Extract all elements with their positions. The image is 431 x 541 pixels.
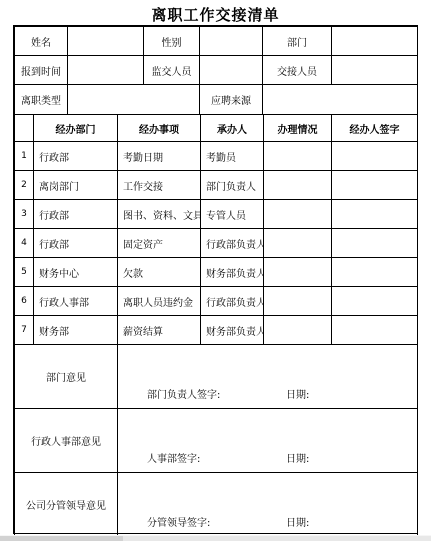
row-signature-cell[interactable] (332, 171, 418, 200)
report-time-label: 报到时间 (15, 56, 68, 85)
row-signature-cell[interactable] (332, 142, 418, 171)
scrollbar-thumb[interactable] (0, 536, 123, 541)
row-status-cell[interactable] (264, 316, 332, 345)
opinion-table: 部门意见 部门负责人签字: 日期: 行政人事部意见 人事部签字: 日期: 公司分… (14, 344, 418, 537)
row-status-cell[interactable] (264, 142, 332, 171)
gender-value-cell[interactable] (200, 27, 263, 56)
handover-person-label: 交接人员 (263, 56, 332, 85)
row-no: 3 (15, 200, 34, 229)
row-dept: 行政部 (34, 142, 118, 171)
row-item: 图书、资料、文具 (118, 200, 201, 229)
table-row: 3 行政部 图书、资料、文具 专管人员 (15, 200, 418, 229)
recruit-source-value-cell[interactable] (263, 85, 418, 115)
row-no: 2 (15, 171, 34, 200)
dept-head-sign-label: 部门负责人签字: (147, 386, 220, 401)
row-dept: 行政部 (34, 229, 118, 258)
department-label: 部门 (263, 27, 332, 56)
row-undertaker: 财务部负责人 (201, 316, 264, 345)
table-row: 4 行政部 固定资产 行政部负责人 (15, 229, 418, 258)
table-row: 2 离岗部门 工作交接 部门负责人 (15, 171, 418, 200)
dept-opinion-label: 部门意见 (15, 345, 118, 409)
opinion-row: 行政人事部意见 人事部签字: 日期: (15, 409, 418, 473)
row-item: 固定资产 (118, 229, 201, 258)
table-row: 5 财务中心 欠款 财务部负责人 (15, 258, 418, 287)
row-no: 6 (15, 287, 34, 316)
row-signature-cell[interactable] (332, 229, 418, 258)
opinion-row: 公司分管领导意见 分管领导签字: 日期: (15, 473, 418, 537)
header-status: 办理情况 (264, 115, 332, 142)
row-undertaker: 考勤员 (201, 142, 264, 171)
row-status-cell[interactable] (264, 258, 332, 287)
horizontal-scrollbar[interactable] (0, 535, 431, 541)
row-signature-cell[interactable] (332, 258, 418, 287)
row-item: 考勤日期 (118, 142, 201, 171)
recruit-source-label: 应聘来源 (200, 85, 263, 115)
row-undertaker: 行政部负责人 (201, 287, 264, 316)
row-no: 7 (15, 316, 34, 345)
row-undertaker: 行政部负责人 (201, 229, 264, 258)
leader-sign-label: 分管领导签字: (147, 514, 210, 529)
row-signature-cell[interactable] (332, 287, 418, 316)
table-row: 1 行政部 考勤日期 考勤员 (15, 142, 418, 171)
row-signature-cell[interactable] (332, 316, 418, 345)
form-title: 离职工作交接清单 (0, 4, 431, 25)
row-undertaker: 财务部负责人 (201, 258, 264, 287)
leader-opinion-area[interactable]: 分管领导签字: 日期: (118, 473, 418, 537)
leader-opinion-label: 公司分管领导意见 (15, 473, 118, 537)
row-undertaker: 专管人员 (201, 200, 264, 229)
row-status-cell[interactable] (264, 171, 332, 200)
resignation-handover-form: 离职工作交接清单 姓名 性别 部门 报到时间 监交人员 交接人员 (0, 0, 431, 541)
info-table: 姓名 性别 部门 报到时间 监交人员 交接人员 离职类型 应聘来源 (14, 26, 418, 115)
date-label: 日期: (286, 450, 309, 465)
row-dept: 行政部 (34, 200, 118, 229)
header-signature: 经办人签字 (332, 115, 418, 142)
supervisor-value-cell[interactable] (200, 56, 263, 85)
header-no (15, 115, 34, 142)
department-value-cell[interactable] (332, 27, 418, 56)
row-item: 薪资结算 (118, 316, 201, 345)
resignation-type-label: 离职类型 (15, 85, 68, 115)
row-dept: 离岗部门 (34, 171, 118, 200)
gender-label: 性别 (144, 27, 200, 56)
date-label: 日期: (286, 514, 309, 529)
row-undertaker: 部门负责人 (201, 171, 264, 200)
row-status-cell[interactable] (264, 229, 332, 258)
row-status-cell[interactable] (264, 287, 332, 316)
handover-person-value-cell[interactable] (332, 56, 418, 85)
row-no: 5 (15, 258, 34, 287)
handover-table: 经办部门 经办事项 承办人 办理情况 经办人签字 1 行政部 考勤日期 考勤员 … (14, 114, 418, 345)
row-status-cell[interactable] (264, 200, 332, 229)
hr-sign-label: 人事部签字: (147, 450, 200, 465)
name-value-cell[interactable] (68, 27, 144, 56)
row-item: 欠款 (118, 258, 201, 287)
table-row: 7 财务部 薪资结算 财务部负责人 (15, 316, 418, 345)
row-dept: 财务中心 (34, 258, 118, 287)
row-dept: 行政人事部 (34, 287, 118, 316)
hr-opinion-label: 行政人事部意见 (15, 409, 118, 473)
row-signature-cell[interactable] (332, 200, 418, 229)
name-label: 姓名 (15, 27, 68, 56)
resignation-type-value-cell[interactable] (68, 85, 200, 115)
header-dept: 经办部门 (34, 115, 118, 142)
table-row: 6 行政人事部 离职人员违约金 行政部负责人 (15, 287, 418, 316)
row-no: 1 (15, 142, 34, 171)
row-dept: 财务部 (34, 316, 118, 345)
report-time-value-cell[interactable] (68, 56, 144, 85)
date-label: 日期: (286, 386, 309, 401)
row-item: 工作交接 (118, 171, 201, 200)
row-item: 离职人员违约金 (118, 287, 201, 316)
opinion-row: 部门意见 部门负责人签字: 日期: (15, 345, 418, 409)
hr-opinion-area[interactable]: 人事部签字: 日期: (118, 409, 418, 473)
supervisor-label: 监交人员 (144, 56, 200, 85)
row-no: 4 (15, 229, 34, 258)
dept-opinion-area[interactable]: 部门负责人签字: 日期: (118, 345, 418, 409)
form-table: 姓名 性别 部门 报到时间 监交人员 交接人员 离职类型 应聘来源 (13, 25, 418, 534)
header-undertaker: 承办人 (201, 115, 264, 142)
header-item: 经办事项 (118, 115, 201, 142)
